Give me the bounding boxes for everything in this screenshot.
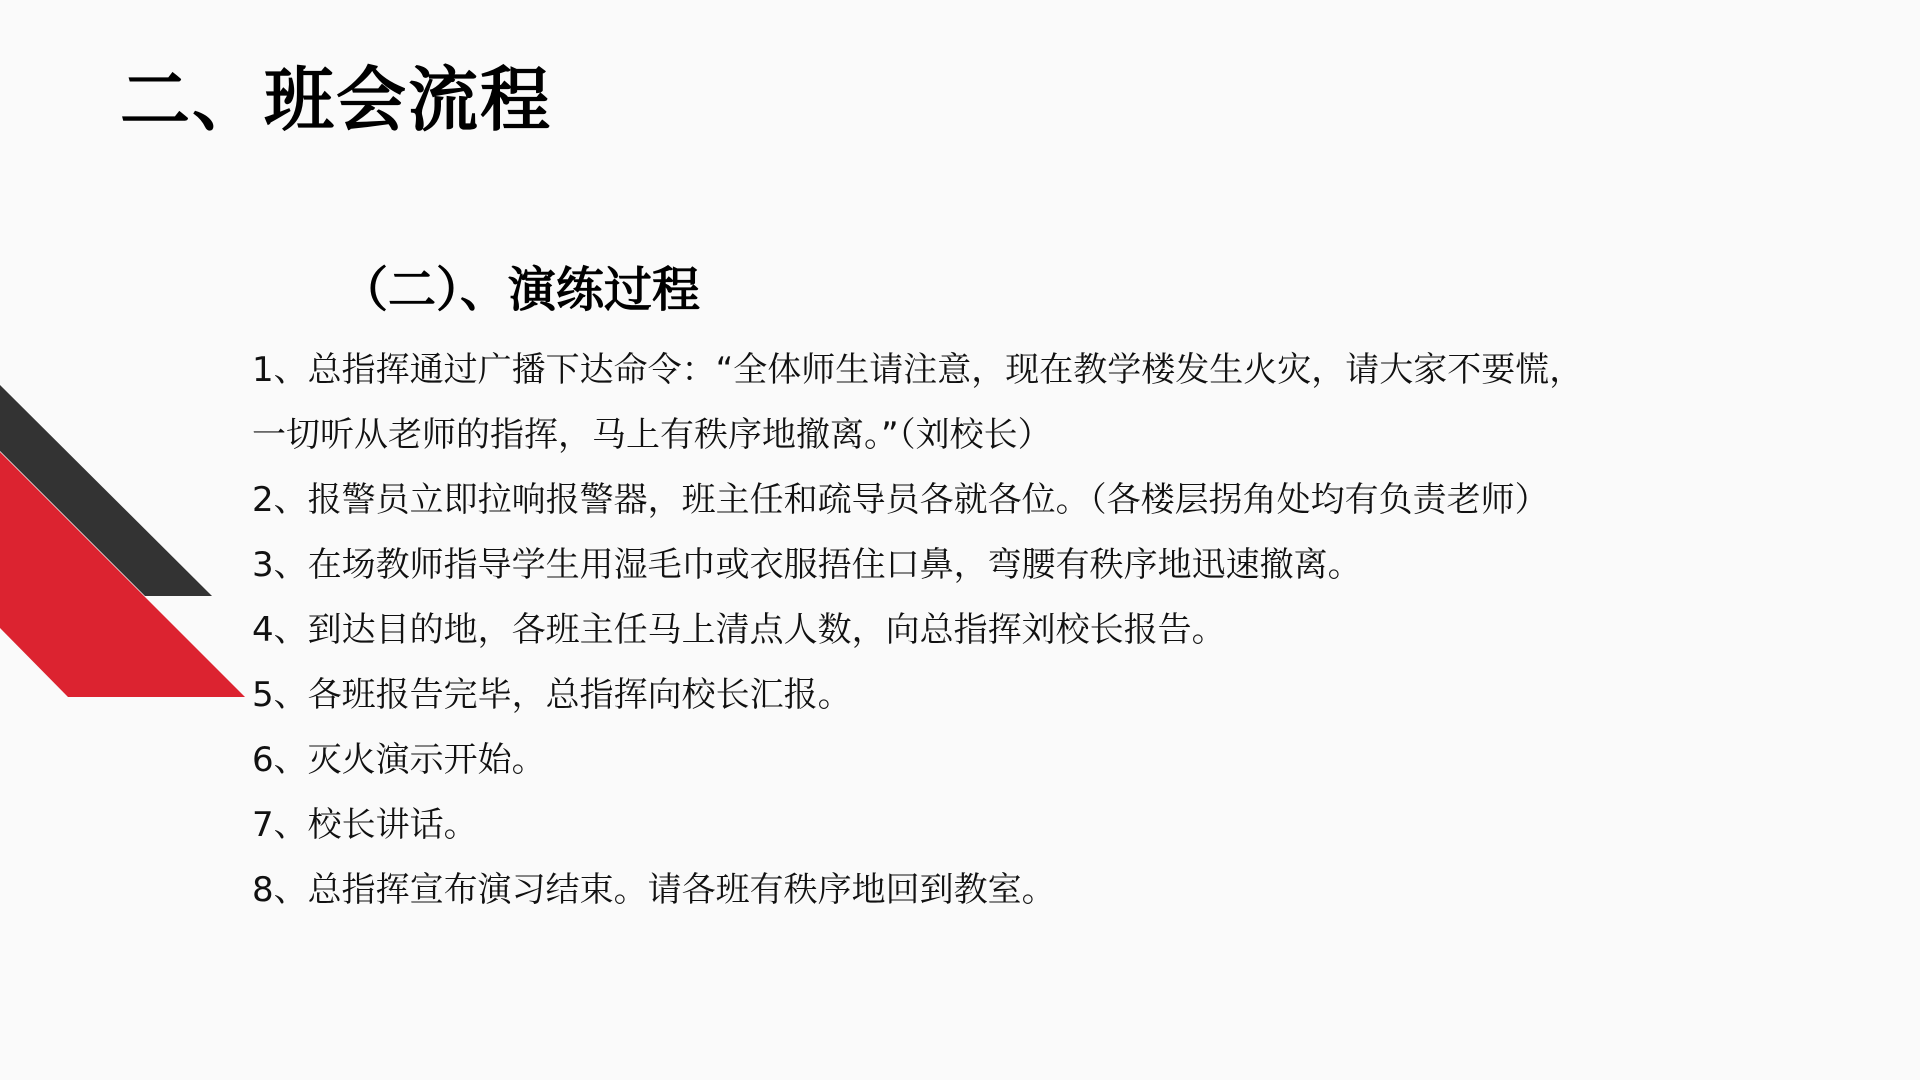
procedure-line: 3、在场教师指导学生用湿毛巾或衣服捂住口鼻，弯腰有秩序地迅速撤离。: [252, 533, 1712, 598]
procedure-line: 2、报警员立即拉响报警器，班主任和疏导员各就各位。（各楼层拐角处均有负责老师）: [252, 468, 1712, 533]
section-subtitle: （二）、演练过程: [340, 262, 700, 320]
procedure-line: 7、校长讲话。: [252, 793, 1712, 858]
procedure-list: 1、总指挥通过广播下达命令：“全体师生请注意，现在教学楼发生火灾，请大家不要慌，…: [252, 338, 1712, 923]
procedure-line: 1、总指挥通过广播下达命令：“全体师生请注意，现在教学楼发生火灾，请大家不要慌，: [252, 338, 1712, 403]
procedure-line: 6、灭火演示开始。: [252, 728, 1712, 793]
slide-title: 二、班会流程: [120, 62, 552, 139]
procedure-line: 5、各班报告完毕，总指挥向校长汇报。: [252, 663, 1712, 728]
red-stripe-shape: [0, 452, 245, 697]
procedure-line: 8、总指挥宣布演习结束。请各班有秩序地回到教室。: [252, 858, 1712, 923]
procedure-line: 一切听从老师的指挥，马上有秩序地撤离。”（刘校长）: [252, 403, 1712, 468]
procedure-line: 4、到达目的地，各班主任马上清点人数，向总指挥刘校长报告。: [252, 598, 1712, 663]
